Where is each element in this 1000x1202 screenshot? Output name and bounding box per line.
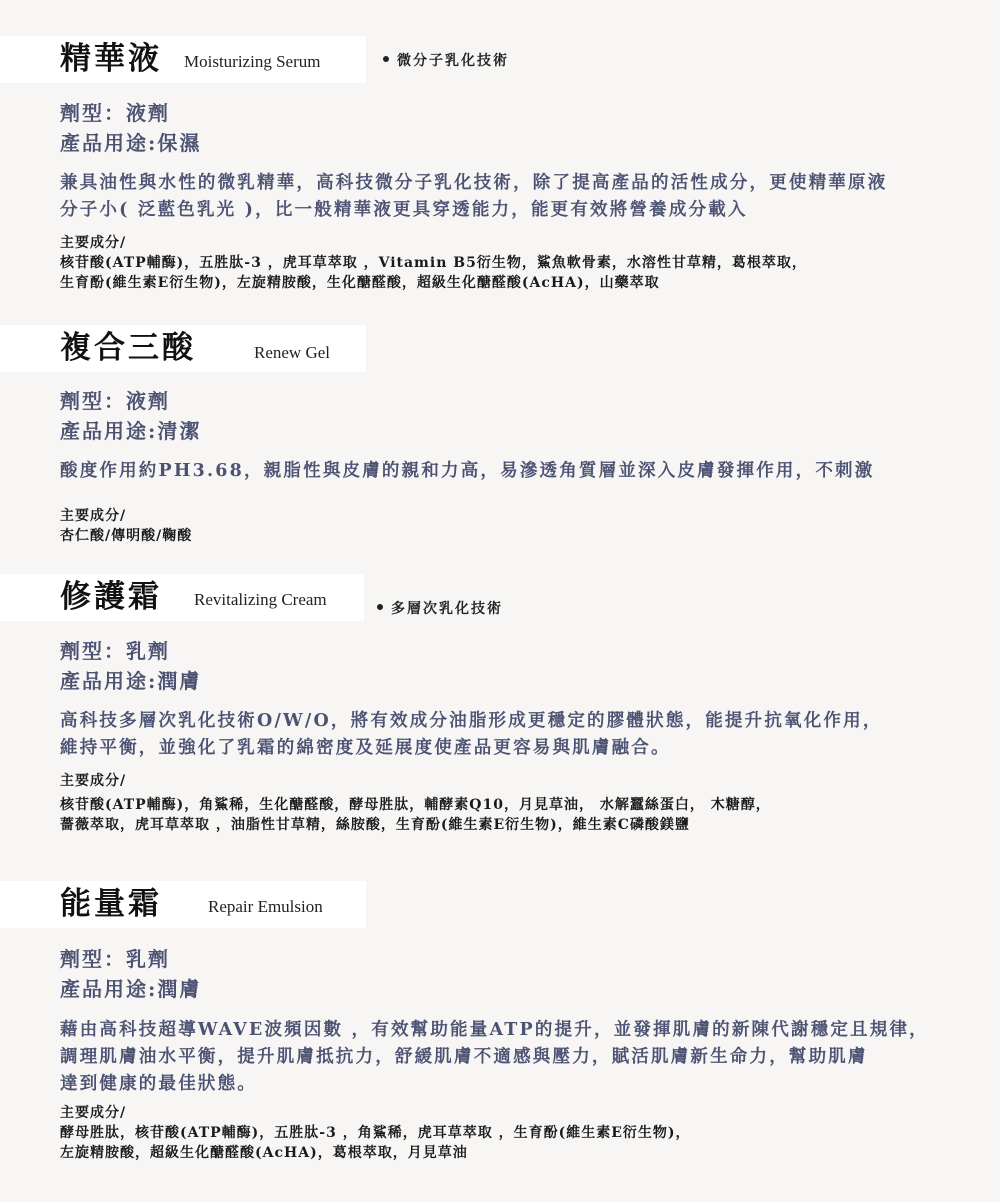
- usage: 產品用途:清潔: [60, 416, 201, 446]
- formulation: 劑型：乳劑: [60, 944, 170, 974]
- formulation: 劑型：液劑: [60, 386, 170, 416]
- ingredients-line: 核苷酸(ATP輔酶)，五胜肽-3 ，虎耳草萃取 ，Vitamin B5衍生物，鯊…: [60, 253, 807, 273]
- product-name-zh: 精華液: [60, 36, 162, 83]
- product-name-en: Moisturizing Serum: [184, 38, 320, 85]
- technology-label: 多層次乳化技術: [391, 601, 503, 617]
- ingredients: 主要成分/ 核苷酸(ATP輔酶)，五胜肽-3 ，虎耳草萃取 ，Vitamin B…: [60, 233, 807, 293]
- product-name-en: Repair Emulsion: [208, 883, 323, 930]
- product-name-zh: 複合三酸: [60, 325, 196, 372]
- description-line: 分子小( 泛藍色乳光 )，比一般精華液更具穿透能力，能更有效將營養成分載入: [60, 197, 960, 224]
- ingredients-line: 核苷酸(ATP輔酶)，角鯊稀，生化醣醛酸，酵母胜肽，輔酵素Q10，月見草油， 水…: [60, 795, 771, 815]
- bullet-icon: [383, 56, 389, 62]
- ingredients-label: 主要成分/: [60, 233, 807, 253]
- description: 兼具油性與水性的微乳精華，高科技微分子乳化技術，除了提高產品的活性成分，更使精華…: [60, 170, 960, 224]
- ingredients-label: 主要成分/: [60, 771, 771, 791]
- technology-badge: 微分子乳化技術: [383, 50, 509, 70]
- formulation: 劑型：液劑: [60, 98, 170, 128]
- ingredients-label: 主要成分/: [60, 1103, 691, 1123]
- description-line: 調理肌膚油水平衡，提升肌膚抵抗力，舒緩肌膚不適感與壓力，賦活肌膚新生命力，幫助肌…: [60, 1044, 960, 1071]
- ingredients: 主要成分/ 杏仁酸/傳明酸/鞠酸: [60, 506, 192, 546]
- description-line: 維持平衡，並強化了乳霜的綿密度及延展度使產品更容易與肌膚融合。: [60, 735, 960, 762]
- product-name-zh: 能量霜: [60, 881, 162, 928]
- description: 高科技多層次乳化技術O/W/O，將有效成分油脂形成更穩定的膠體狀態，能提升抗氧化…: [60, 708, 960, 762]
- description-line: 高科技多層次乳化技術O/W/O，將有效成分油脂形成更穩定的膠體狀態，能提升抗氧化…: [60, 708, 960, 735]
- ingredients-line: 左旋精胺酸，超級生化醣醛酸(AcHA)，葛根萃取，月見草油: [60, 1143, 691, 1163]
- ingredients-line: 薔薇萃取，虎耳草萃取 ，油脂性甘草精，絲胺酸，生育酚(維生素E衍生物)，維生素C…: [60, 815, 771, 835]
- ingredients: 主要成分/ 酵母胜肽，核苷酸(ATP輔酶)，五胜肽-3 ，角鯊稀，虎耳草萃取 ，…: [60, 1103, 691, 1163]
- product-name-zh: 修護霜: [60, 574, 162, 621]
- description-line: 酸度作用約PH3.68，親脂性與皮膚的親和力高，易滲透角質層並深入皮膚發揮作用，…: [60, 458, 960, 485]
- description-line: 兼具油性與水性的微乳精華，高科技微分子乳化技術，除了提高產品的活性成分，更使精華…: [60, 170, 960, 197]
- ingredients-line: 酵母胜肽，核苷酸(ATP輔酶)，五胜肽-3 ，角鯊稀，虎耳草萃取 ，生育酚(維生…: [60, 1123, 691, 1143]
- bullet-icon: [377, 604, 383, 610]
- usage: 產品用途:潤膚: [60, 974, 201, 1004]
- technology-label: 微分子乳化技術: [397, 53, 509, 69]
- ingredients: 主要成分/ 核苷酸(ATP輔酶)，角鯊稀，生化醣醛酸，酵母胜肽，輔酵素Q10，月…: [60, 771, 771, 835]
- usage: 產品用途:潤膚: [60, 666, 201, 696]
- product-name-en: Revitalizing Cream: [194, 576, 327, 623]
- ingredients-label: 主要成分/: [60, 506, 192, 526]
- description: 藉由高科技超導WAVE波頻因數 ，有效幫助能量ATP的提升，並發揮肌膚的新陳代謝…: [60, 1017, 960, 1098]
- ingredients-line: 生育酚(維生素E衍生物)，左旋精胺酸，生化醣醛酸，超級生化醣醛酸(AcHA)，山…: [60, 273, 807, 293]
- ingredients-line: 杏仁酸/傳明酸/鞠酸: [60, 526, 192, 546]
- technology-badge: 多層次乳化技術: [377, 598, 503, 618]
- usage: 產品用途:保濕: [60, 128, 201, 158]
- description-line: 藉由高科技超導WAVE波頻因數 ，有效幫助能量ATP的提升，並發揮肌膚的新陳代謝…: [60, 1017, 960, 1044]
- product-name-en: Renew Gel: [254, 329, 330, 376]
- description: 酸度作用約PH3.68，親脂性與皮膚的親和力高，易滲透角質層並深入皮膚發揮作用，…: [60, 458, 960, 485]
- formulation: 劑型：乳劑: [60, 636, 170, 666]
- description-line: 達到健康的最佳狀態。: [60, 1071, 960, 1098]
